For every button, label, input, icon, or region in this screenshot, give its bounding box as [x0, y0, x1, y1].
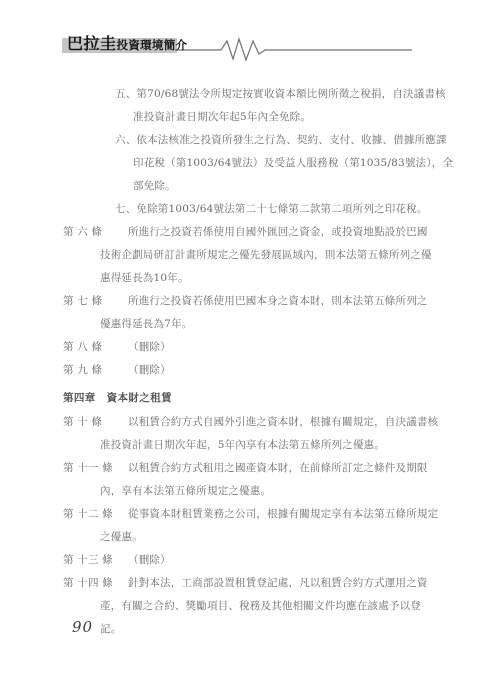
text-line: 優惠得延長為7年。: [63, 313, 467, 336]
heartbeat-line-icon: [175, 37, 412, 63]
text-line: 五、第70/68號法令所規定按實收資本額比例所徵之稅捐，自決議書核: [63, 83, 467, 106]
article-number: 第 十三 條: [63, 549, 128, 572]
text-line: 惠得延長為10年。: [63, 267, 467, 290]
page-header: 巴拉圭 投資環境簡介: [0, 0, 480, 62]
article-text: 針對本法，工商部設置租賃登記處，凡以租賃合約方式運用之資: [128, 572, 467, 595]
text-line: 第 十四 條針對本法，工商部設置租賃登記處，凡以租賃合約方式運用之資: [63, 572, 467, 595]
article-text: 從事資本財租賃業務之公司，根據有關規定享有本法第五條所規定: [128, 503, 467, 526]
text-line: 第 九 條（刪除）: [63, 359, 467, 382]
article-text: （刪除）: [128, 359, 467, 382]
text-line: 六、依本法核准之投資所發生之行為、契約、支付、收據、借據所應課: [63, 129, 467, 152]
article-number: 第 九 條: [63, 359, 128, 382]
text-line: 技術企劃局研訂計畫所規定之優先發展區域內，則本法第五條所列之優: [63, 244, 467, 267]
article-number: 第 七 條: [63, 290, 128, 313]
page-title-main: 巴拉圭: [67, 36, 117, 52]
article-number: 第 六 條: [63, 221, 128, 244]
page-title-sub: 投資環境簡介: [117, 39, 188, 51]
article-number: 第 十四 條: [63, 572, 128, 595]
text-line: 第 十 條以租賃合約方式自國外引進之資本財，根據有關規定，自決議書核: [63, 411, 467, 434]
text-line: 准投資計畫日期次年起5年內全免除。: [63, 106, 467, 129]
text-line: 產，有關之合約、獎勵項目、稅務及其他相關文件均應在該處予以登: [63, 595, 467, 618]
text-line: 第 六 條所進行之投資若係使用自國外匯回之資金，或投資地點設於巴國: [63, 221, 467, 244]
text-line: 七、免除第1003/64號法第二十七條第二款第二項所列之印花稅。: [63, 198, 467, 221]
page-title: 巴拉圭 投資環境簡介: [67, 36, 187, 52]
text-line: 准投資計畫日期次年起，5年內享有本法第五條所列之優惠。: [63, 434, 467, 457]
page-number: 90: [72, 618, 93, 636]
article-number: 第 十一 條: [63, 457, 128, 480]
text-line: 部免除。: [63, 175, 467, 198]
document-body: 五、第70/68號法令所規定按實收資本額比例所徵之稅捐，自決議書核准投資計畫日期…: [63, 83, 467, 641]
article-text: 以租賃合約方式租用之國產資本財，在前條所訂定之條件及期限: [128, 457, 467, 480]
article-text: 所進行之投資若係使用巴國本身之資本財，則本法第五條所列之: [128, 290, 467, 313]
text-line: 第 七 條所進行之投資若係使用巴國本身之資本財，則本法第五條所列之: [63, 290, 467, 313]
article-number: 第 八 條: [63, 336, 128, 359]
text-line: 之優惠。: [63, 526, 467, 549]
text-line: 第 十一 條以租賃合約方式租用之國產資本財，在前條所訂定之條件及期限: [63, 457, 467, 480]
article-text: （刪除）: [128, 549, 467, 572]
text-line: 內，享有本法第五條所規定之優惠。: [63, 480, 467, 503]
document-page: 巴拉圭 投資環境簡介 五、第70/68號法令所規定按實收資本額比例所徵之稅捐，自…: [0, 0, 480, 679]
article-number: 第 十二 條: [63, 503, 128, 526]
text-line: 第 八 條（刪除）: [63, 336, 467, 359]
text-line: 印花稅（第1003/64號法）及受益人服務稅（第1035/83號法），全: [63, 152, 467, 175]
text-line: 第 十三 條（刪除）: [63, 549, 467, 572]
article-number: 第 十 條: [63, 411, 128, 434]
text-line: 記。: [63, 618, 467, 641]
article-text: 以租賃合約方式自國外引進之資本財，根據有關規定，自決議書核: [128, 411, 467, 434]
chapter-heading: 第四章 資本財之租賃: [63, 387, 467, 410]
text-line: 第 十二 條從事資本財租賃業務之公司，根據有關規定享有本法第五條所規定: [63, 503, 467, 526]
article-text: （刪除）: [128, 336, 467, 359]
article-text: 所進行之投資若係使用自國外匯回之資金，或投資地點設於巴國: [128, 221, 467, 244]
